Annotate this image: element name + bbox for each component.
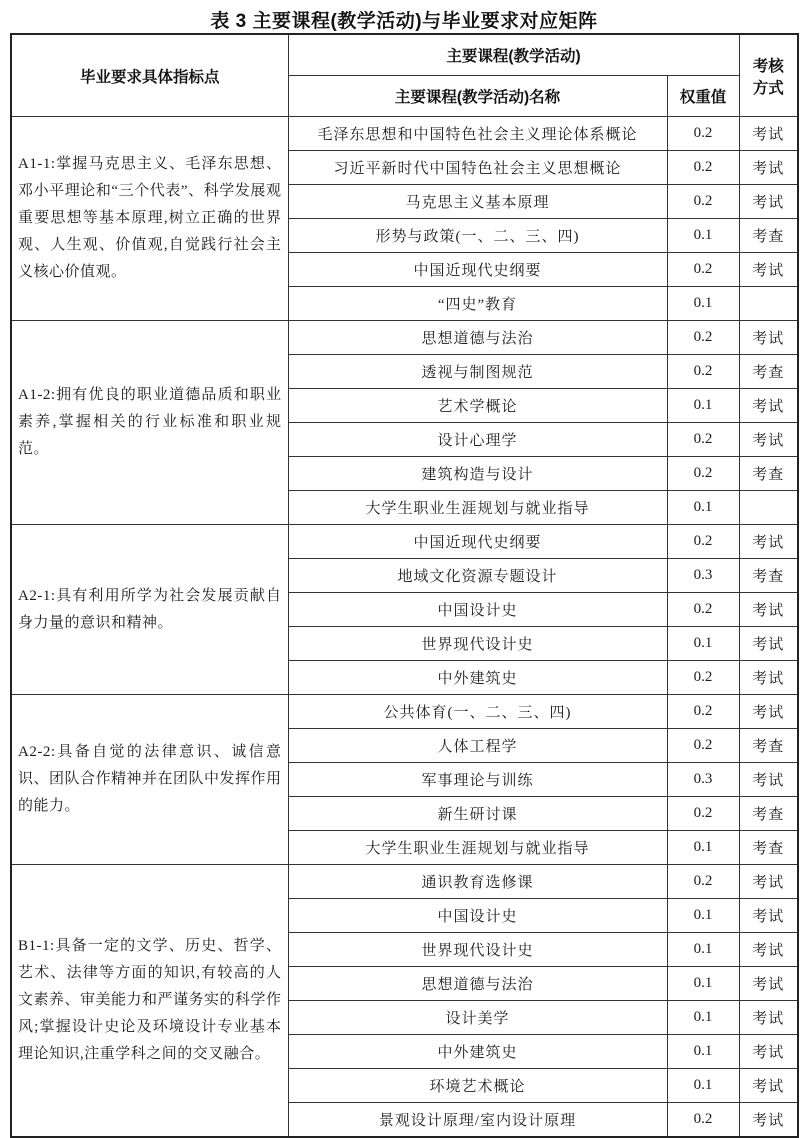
weight-cell: 0.2 — [667, 321, 739, 355]
assessment-cell: 考试 — [739, 253, 798, 287]
assessment-cell: 考试 — [739, 117, 798, 151]
weight-cell: 0.2 — [667, 593, 739, 627]
indicator-cell-a1-2: A1-2:拥有优良的职业道德品质和职业素养,掌握相关的行业标准和职业规范。 — [11, 321, 288, 525]
assessment-cell: 考试 — [739, 661, 798, 695]
indicator-cell-a1-1: A1-1:掌握马克思主义、毛泽东思想、邓小平理论和“三个代表”、科学发展观重要思… — [11, 117, 288, 321]
weight-cell: 0.1 — [667, 219, 739, 253]
assessment-cell: 考试 — [739, 967, 798, 1001]
weight-cell: 0.2 — [667, 253, 739, 287]
assessment-cell: 考查 — [739, 219, 798, 253]
header-courses-group: 主要课程(教学活动) — [288, 34, 739, 76]
weight-cell: 0.1 — [667, 491, 739, 525]
assessment-cell: 考试 — [739, 389, 798, 423]
table-row: A1-2:拥有优良的职业道德品质和职业素养,掌握相关的行业标准和职业规范。 思想… — [11, 321, 798, 355]
weight-cell: 0.2 — [667, 117, 739, 151]
course-name-cell: 建筑构造与设计 — [288, 457, 667, 491]
course-name-cell: 中国设计史 — [288, 899, 667, 933]
course-name-cell: “四史”教育 — [288, 287, 667, 321]
weight-cell: 0.2 — [667, 729, 739, 763]
indicator-cell-b1-1: B1-1:具备一定的文学、历史、哲学、艺术、法律等方面的知识,有较高的人文素养、… — [11, 865, 288, 1138]
weight-cell: 0.2 — [667, 661, 739, 695]
course-name-cell: 毛泽东思想和中国特色社会主义理论体系概论 — [288, 117, 667, 151]
assessment-cell: 考试 — [739, 763, 798, 797]
weight-cell: 0.1 — [667, 899, 739, 933]
table-row: A2-1:具有利用所学为社会发展贡献自身力量的意识和精神。 中国近现代史纲要 0… — [11, 525, 798, 559]
assessment-cell — [739, 491, 798, 525]
course-name-cell: 通识教育选修课 — [288, 865, 667, 899]
table-row: A1-1:掌握马克思主义、毛泽东思想、邓小平理论和“三个代表”、科学发展观重要思… — [11, 117, 798, 151]
weight-cell: 0.1 — [667, 967, 739, 1001]
weight-cell: 0.3 — [667, 559, 739, 593]
assessment-cell: 考试 — [739, 865, 798, 899]
course-name-cell: 军事理论与训练 — [288, 763, 667, 797]
course-name-cell: 形势与政策(一、二、三、四) — [288, 219, 667, 253]
course-name-cell: 中国近现代史纲要 — [288, 525, 667, 559]
assessment-cell: 考试 — [739, 185, 798, 219]
assessment-cell: 考试 — [739, 1103, 798, 1138]
course-name-cell: 习近平新时代中国特色社会主义思想概论 — [288, 151, 667, 185]
course-name-cell: 透视与制图规范 — [288, 355, 667, 389]
assessment-cell: 考试 — [739, 321, 798, 355]
course-name-cell: 设计心理学 — [288, 423, 667, 457]
weight-cell: 0.2 — [667, 865, 739, 899]
course-name-cell: 思想道德与法治 — [288, 967, 667, 1001]
assessment-cell: 考查 — [739, 797, 798, 831]
assessment-cell: 考查 — [739, 831, 798, 865]
course-name-cell: 地域文化资源专题设计 — [288, 559, 667, 593]
weight-cell: 0.1 — [667, 831, 739, 865]
weight-cell: 0.1 — [667, 627, 739, 661]
assessment-cell: 考试 — [739, 525, 798, 559]
assessment-cell: 考试 — [739, 1035, 798, 1069]
header-weight: 权重值 — [667, 76, 739, 117]
course-name-cell: 环境艺术概论 — [288, 1069, 667, 1103]
course-name-cell: 艺术学概论 — [288, 389, 667, 423]
course-name-cell: 世界现代设计史 — [288, 933, 667, 967]
course-name-cell: 新生研讨课 — [288, 797, 667, 831]
course-name-cell: 中国设计史 — [288, 593, 667, 627]
assessment-cell — [739, 287, 798, 321]
weight-cell: 0.2 — [667, 695, 739, 729]
weight-cell: 0.2 — [667, 355, 739, 389]
course-name-cell: 世界现代设计史 — [288, 627, 667, 661]
assessment-cell: 考试 — [739, 899, 798, 933]
assessment-cell: 考查 — [739, 355, 798, 389]
weight-cell: 0.2 — [667, 151, 739, 185]
header-assessment: 考核方式 — [739, 34, 798, 117]
assessment-cell: 考试 — [739, 151, 798, 185]
course-name-cell: 马克思主义基本原理 — [288, 185, 667, 219]
assessment-cell: 考试 — [739, 1001, 798, 1035]
assessment-cell: 考试 — [739, 593, 798, 627]
assessment-cell: 考查 — [739, 559, 798, 593]
weight-cell: 0.1 — [667, 287, 739, 321]
course-matrix-table: 毕业要求具体指标点 主要课程(教学活动) 考核方式 主要课程(教学活动)名称 权… — [10, 33, 799, 1138]
weight-cell: 0.2 — [667, 457, 739, 491]
assessment-cell: 考试 — [739, 695, 798, 729]
weight-cell: 0.1 — [667, 1069, 739, 1103]
weight-cell: 0.1 — [667, 1001, 739, 1035]
course-name-cell: 大学生职业生涯规划与就业指导 — [288, 831, 667, 865]
table-row: A2-2:具备自觉的法律意识、诚信意识、团队合作精神并在团队中发挥作用的能力。 … — [11, 695, 798, 729]
course-name-cell: 景观设计原理/室内设计原理 — [288, 1103, 667, 1138]
weight-cell: 0.2 — [667, 797, 739, 831]
weight-cell: 0.2 — [667, 423, 739, 457]
table-row: B1-1:具备一定的文学、历史、哲学、艺术、法律等方面的知识,有较高的人文素养、… — [11, 865, 798, 899]
course-name-cell: 设计美学 — [288, 1001, 667, 1035]
table-title: 表 3 主要课程(教学活动)与毕业要求对应矩阵 — [0, 0, 808, 32]
course-name-cell: 中国近现代史纲要 — [288, 253, 667, 287]
indicator-cell-a2-1: A2-1:具有利用所学为社会发展贡献自身力量的意识和精神。 — [11, 525, 288, 695]
header-indicator: 毕业要求具体指标点 — [11, 34, 288, 117]
weight-cell: 0.1 — [667, 933, 739, 967]
weight-cell: 0.3 — [667, 763, 739, 797]
course-name-cell: 中外建筑史 — [288, 1035, 667, 1069]
assessment-cell: 考试 — [739, 627, 798, 661]
assessment-cell: 考查 — [739, 729, 798, 763]
header-course-name: 主要课程(教学活动)名称 — [288, 76, 667, 117]
assessment-cell: 考试 — [739, 933, 798, 967]
course-name-cell: 人体工程学 — [288, 729, 667, 763]
course-name-cell: 公共体育(一、二、三、四) — [288, 695, 667, 729]
course-name-cell: 中外建筑史 — [288, 661, 667, 695]
course-name-cell: 思想道德与法治 — [288, 321, 667, 355]
weight-cell: 0.1 — [667, 389, 739, 423]
weight-cell: 0.2 — [667, 525, 739, 559]
weight-cell: 0.2 — [667, 185, 739, 219]
course-name-cell: 大学生职业生涯规划与就业指导 — [288, 491, 667, 525]
weight-cell: 0.1 — [667, 1035, 739, 1069]
assessment-cell: 考试 — [739, 1069, 798, 1103]
assessment-cell: 考试 — [739, 423, 798, 457]
weight-cell: 0.2 — [667, 1103, 739, 1138]
indicator-cell-a2-2: A2-2:具备自觉的法律意识、诚信意识、团队合作精神并在团队中发挥作用的能力。 — [11, 695, 288, 865]
assessment-cell: 考查 — [739, 457, 798, 491]
